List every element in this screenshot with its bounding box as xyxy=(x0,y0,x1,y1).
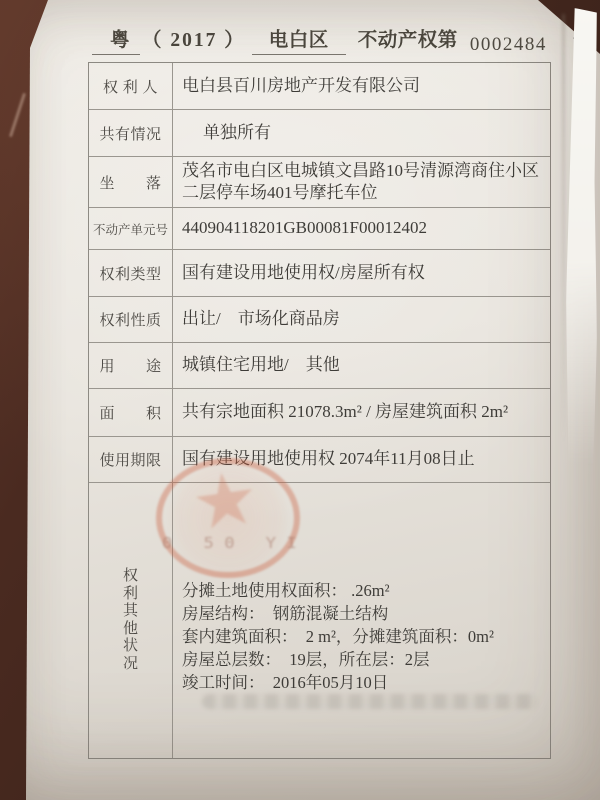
row-label: 使用期限 xyxy=(89,437,173,482)
status-line: 房屋结构： 钢筋混凝土结构 xyxy=(182,602,544,625)
seal-ghost-text: 0 50 YI xyxy=(162,534,307,552)
status-line: 分摊土地使用权面积： .26m² xyxy=(182,579,544,602)
certificate-page: 粤 （ 2017 ） 电白区 不动产权第 0002484 号 权 利 人 电白县… xyxy=(0,0,600,800)
row-value: 出让/ 市场化商品房 xyxy=(173,297,550,342)
status-line: 竣工时间： 2016年05月10日 xyxy=(182,671,544,694)
photo-background: 粤 （ 2017 ） 电白区 不动产权第 0002484 号 权 利 人 电白县… xyxy=(0,0,600,800)
table-row-ownership: 共有情况 单独所有 xyxy=(89,109,550,156)
certificate-label: 不动产权第 xyxy=(358,24,458,52)
row-label: 用 途 xyxy=(89,343,173,388)
certificate-year: （ 2017 ） xyxy=(142,24,246,52)
row-label: 坐 落 xyxy=(89,157,173,207)
table-row-other-status: 权利其他状况 分摊土地使用权面积： .26m²房屋结构： 钢筋混凝土结构套内建筑… xyxy=(89,482,550,758)
desk-scratch xyxy=(9,93,26,138)
row-value: 共有宗地面积 21078.3m² / 房屋建筑面积 2m² xyxy=(173,389,550,436)
row-value-multiline: 分摊土地使用权面积： .26m²房屋结构： 钢筋混凝土结构套内建筑面积： 2 m… xyxy=(173,483,550,758)
bleed-through-smudge xyxy=(202,694,538,709)
table-row-right-nature: 权利性质 出让/ 市场化商品房 xyxy=(89,296,550,342)
row-label: 权 利 人 xyxy=(89,63,173,109)
status-line: 套内建筑面积： 2 m²，分摊建筑面积：0m² xyxy=(182,625,544,648)
row-label: 权利类型 xyxy=(89,250,173,296)
row-value: 国有建设用地使用权/房屋所有权 xyxy=(173,250,550,296)
row-value: 城镇住宅用地/ 其他 xyxy=(173,343,550,388)
row-value: 单独所有 xyxy=(173,110,550,156)
province-code: 粤 xyxy=(92,24,140,55)
row-value: 国有建设用地使用权 2074年11月08日止 xyxy=(173,437,550,482)
table-row-right-type: 权利类型 国有建设用地使用权/房屋所有权 xyxy=(89,249,550,296)
table-row-unit-number: 不动产单元号 440904118201GB00081F00012402 xyxy=(89,207,550,249)
certificate-number-line: 粤 （ 2017 ） 电白区 不动产权第 0002484 号 xyxy=(92,24,558,55)
certificate-number: 0002484 xyxy=(470,34,547,56)
table-row-owner: 权 利 人 电白县百川房地产开发有限公司 xyxy=(89,63,550,109)
table-row-location: 坐 落 茂名市电白区电城镇文昌路10号清源湾商住小区二层停车场401号摩托车位 xyxy=(89,156,550,207)
row-value: 茂名市电白区电城镇文昌路10号清源湾商住小区二层停车场401号摩托车位 xyxy=(173,157,550,207)
table-row-term: 使用期限 国有建设用地使用权 2074年11月08日止 xyxy=(89,436,550,482)
row-value: 电白县百川房地产开发有限公司 xyxy=(173,63,550,109)
district-name: 电白区 xyxy=(252,24,346,55)
certificate-table: 权 利 人 电白县百川房地产开发有限公司 共有情况 单独所有 坐 落 茂名市电白… xyxy=(88,62,551,759)
row-label-vertical: 权利其他状况 xyxy=(89,483,173,758)
table-row-usage: 用 途 城镇住宅用地/ 其他 xyxy=(89,342,550,388)
row-label: 不动产单元号 xyxy=(89,208,173,249)
row-label: 权利性质 xyxy=(89,297,173,342)
row-label: 共有情况 xyxy=(89,110,173,156)
table-row-area: 面 积 共有宗地面积 21078.3m² / 房屋建筑面积 2m² xyxy=(89,388,550,436)
row-value: 440904118201GB00081F00012402 xyxy=(173,208,550,249)
row-label: 面 积 xyxy=(89,389,173,436)
page-edge-shadow xyxy=(562,14,565,444)
status-line: 房屋总层数： 19层，所在层：2层 xyxy=(182,648,544,671)
